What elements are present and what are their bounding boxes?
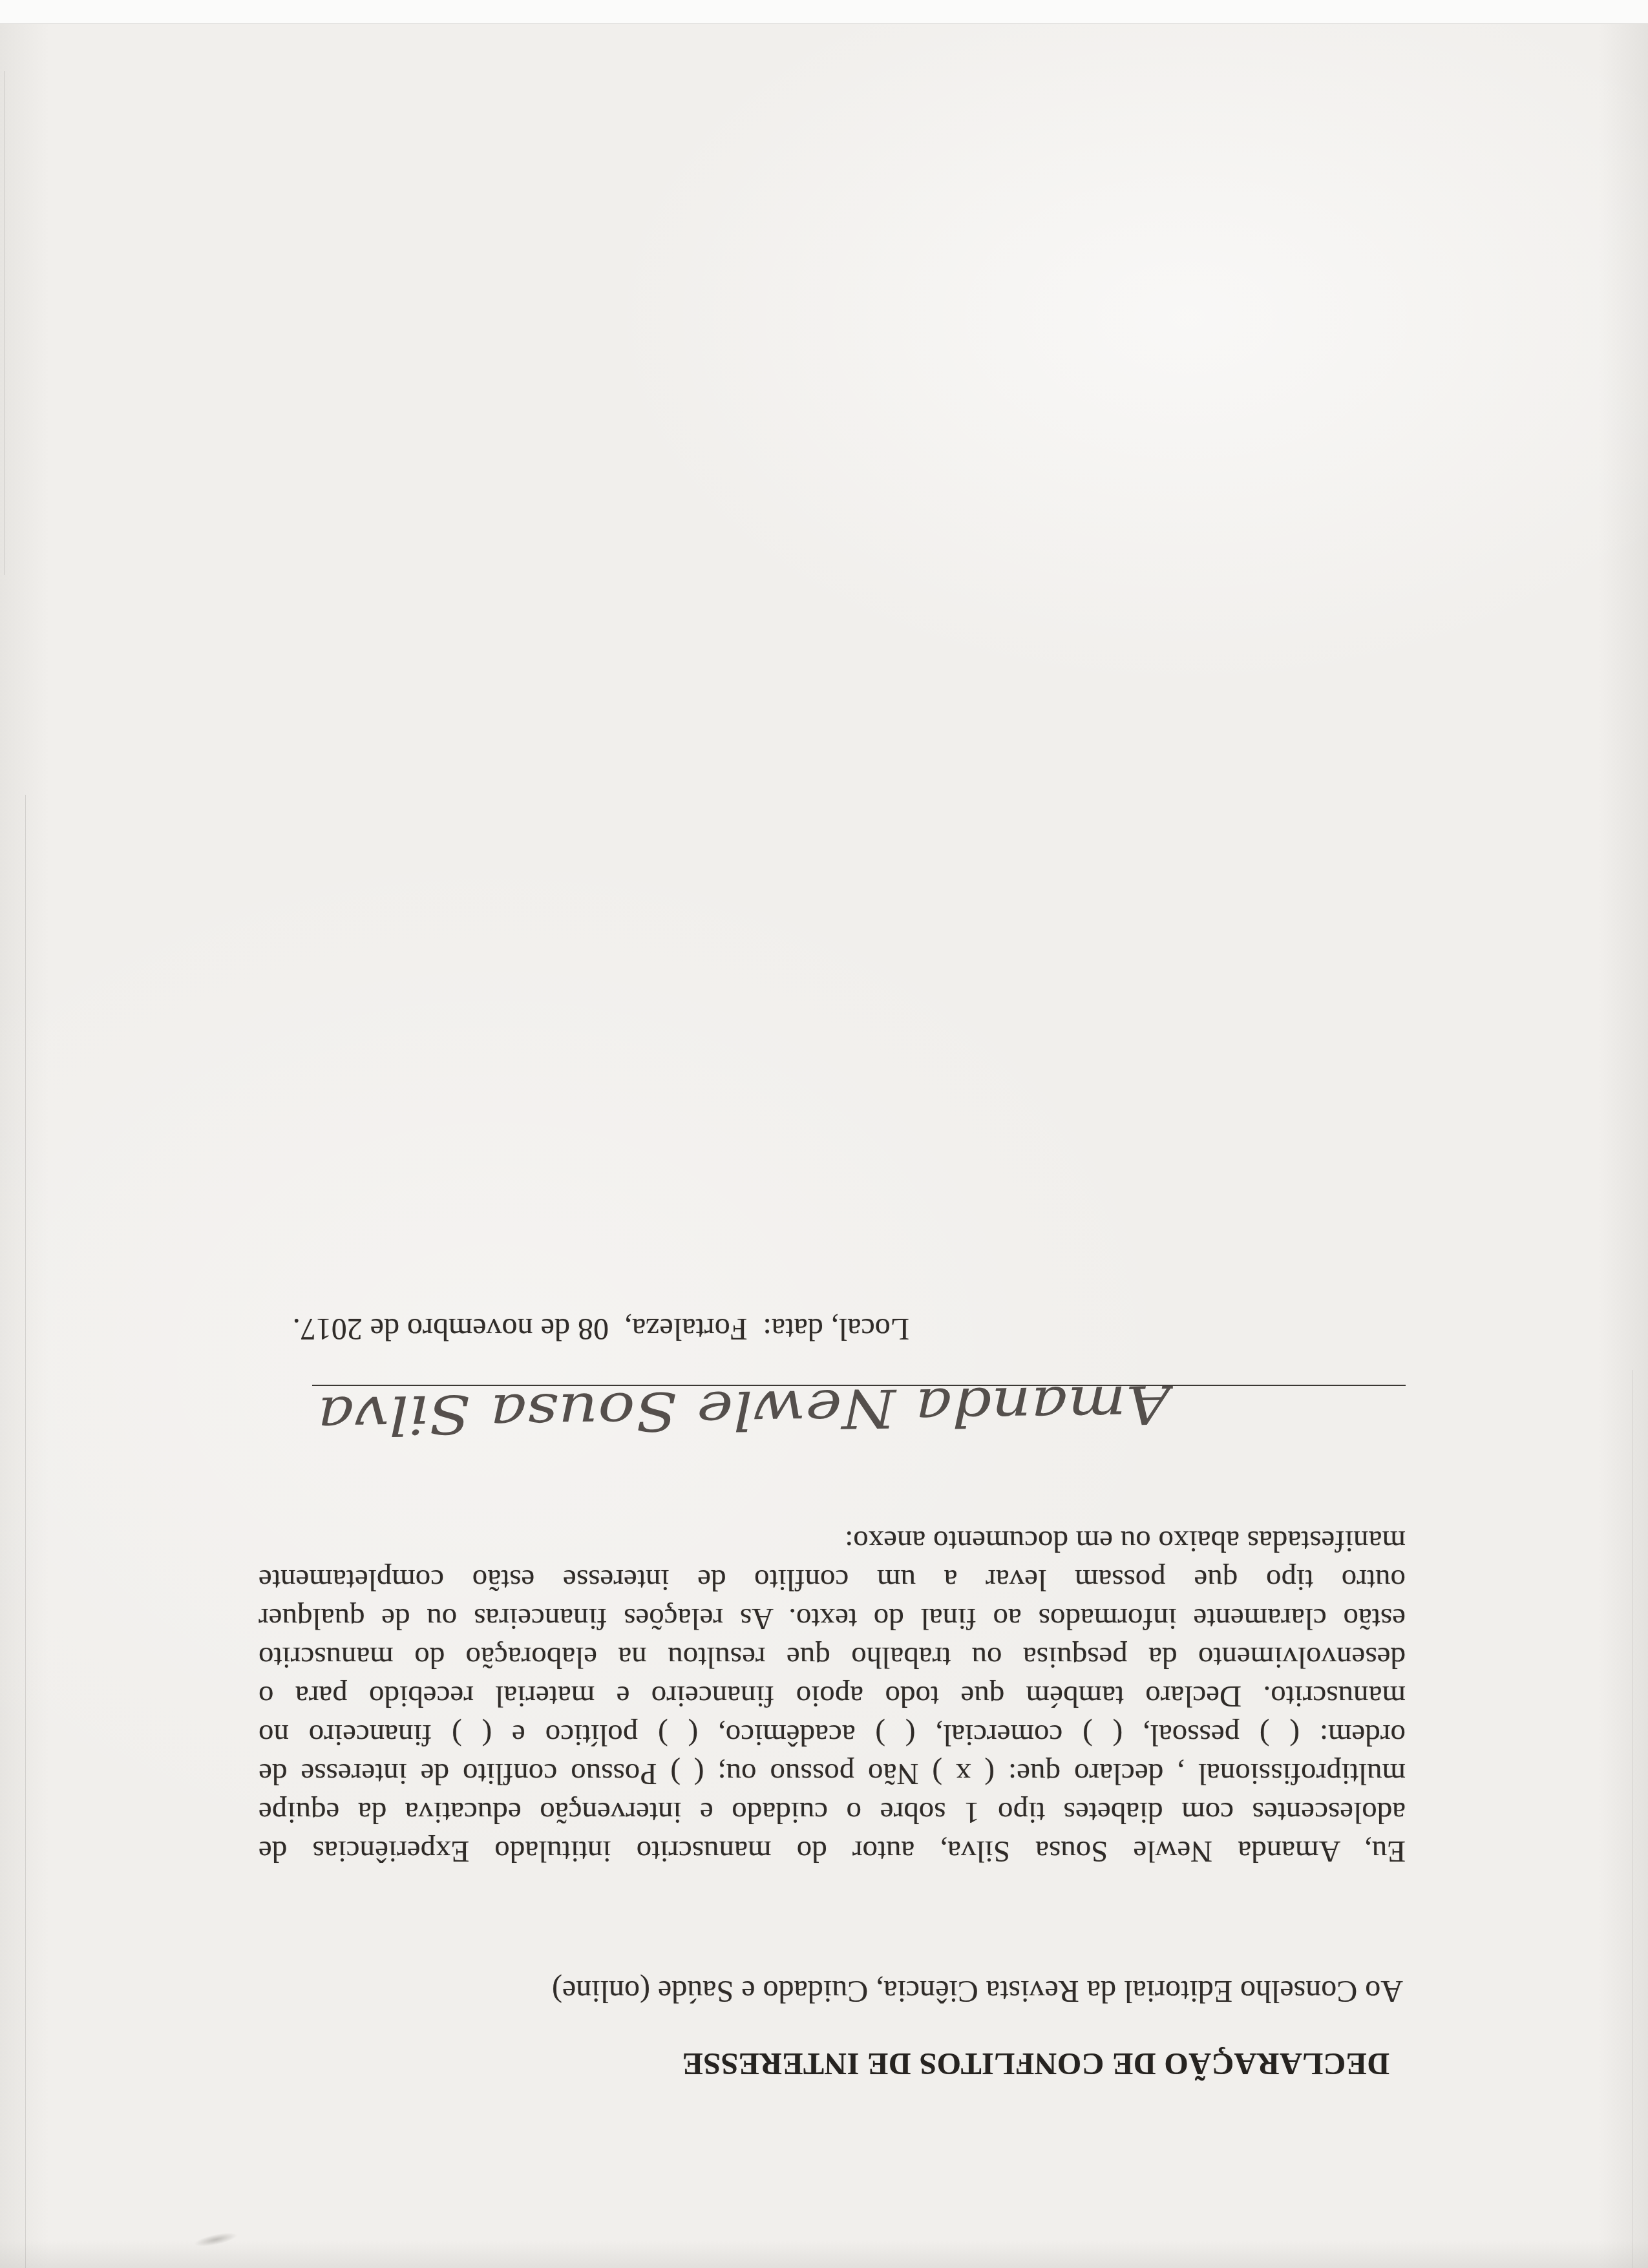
signature-script: Amanda Newle Sousa Silva [306,1345,1174,1454]
declaration-line: manuscrito. Declaro também que todo apoi… [259,1677,1406,1716]
declaration-line: outro tipo que possam levar a um conflit… [259,1560,1406,1599]
paper-edge-line-right [1632,1370,1633,2268]
declaration-paragraph: Eu, Amanda Newle Sousa Silva, autor do m… [259,1522,1406,1871]
declaration-line: ordem: ( ) pessoal, ( ) comercial, ( ) a… [259,1716,1406,1754]
signature-line [312,1385,1406,1386]
declaration-line: desenvolvimento da pesquisa ou trabalho … [259,1638,1406,1677]
scanned-page: DECLARAÇÃO DE CONFLITOS DE INTERESSE Ao … [0,0,1648,2268]
scanner-edge-strip [0,0,1648,24]
addressee-line: Ao Conselho Editorial da Revista Ciência… [266,1972,1403,2010]
paper-smudge [193,2230,238,2249]
declaration-line: adolescentes com diabetes tipo 1 sobre o… [259,1793,1406,1832]
document-title: DECLARAÇÃO DE CONFLITOS DE INTERESSE [265,2044,1389,2083]
signature-text: Amanda Newle Sousa Silva [317,1373,1174,1447]
paper-edge-line-left-upper [5,71,5,575]
paper-edge-line-left-lower [25,795,26,2268]
place-date-line: Local, data: Fortaleza, 08 de novembro d… [263,1311,909,1346]
declaration-line: manifestadas abaixo ou em documento anex… [259,1522,1406,1560]
declaration-line: multiprofissional , declaro que: ( x ) N… [259,1754,1406,1793]
rotated-document-content: DECLARAÇÃO DE CONFLITOS DE INTERESSE Ao … [259,1273,1406,2087]
declaration-line: estão claramente informados ao final do … [259,1599,1406,1638]
declaration-line: Eu, Amanda Newle Sousa Silva, autor do m… [259,1832,1406,1871]
